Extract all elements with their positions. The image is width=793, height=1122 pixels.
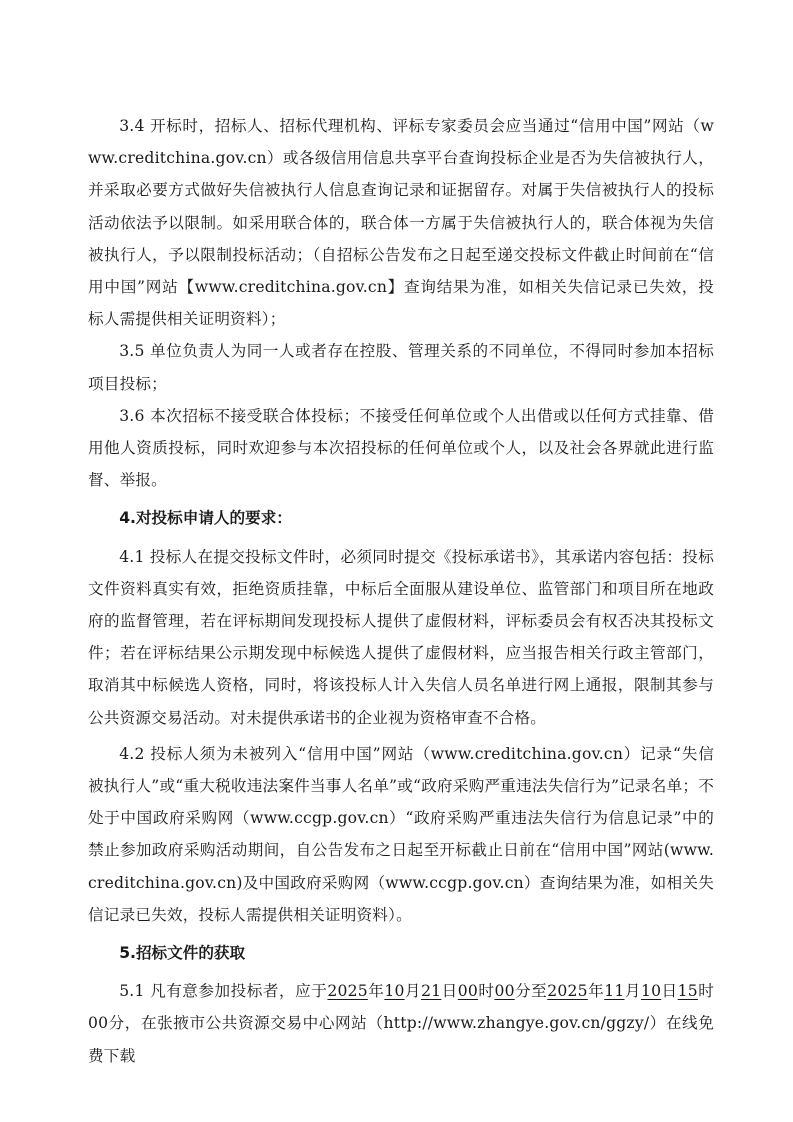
start-year: 2025 [327,982,368,1000]
end-year: 2025 [547,982,588,1000]
end-day: 10 [641,982,661,1000]
month-label-2: 月 [625,982,641,1000]
day-label: 日 [441,982,457,1000]
start-month: 10 [384,982,404,1000]
paragraph-3-5: 3.5 单位负责人为同一人或者存在控股、管理关系的不同单位，不得同时参加本招标项… [88,335,714,399]
p5-1-remainder: 00分，在张掖市公共资源交易中心网站（http://www.zhangye.go… [88,1014,714,1064]
end-month: 11 [604,982,624,1000]
day-label-2: 日 [661,982,677,1000]
start-minute: 00 [494,982,514,1000]
year-label: 年 [368,982,384,1000]
start-day: 21 [421,982,441,1000]
paragraph-4-2: 4.2 投标人须为未被列入“信用中国”网站（www.creditchina.go… [88,738,714,931]
hour-label: 时 [478,982,494,1000]
section-heading-4: 4.对投标申请人的要求： [88,502,714,534]
paragraph-4-1: 4.1 投标人在提交投标文件时，必须同时提交《投标承诺书》，其承诺内容包括：投标… [88,541,714,734]
document-page: 3.4 开标时，招标人、招标代理机构、评标专家委员会应当通过“信用中国”网站（w… [88,110,714,1072]
section-heading-5: 5.招标文件的获取 [88,937,714,969]
month-label: 月 [405,982,421,1000]
paragraph-5-1: 5.1 凡有意参加投标者，应于2025年10月21日00时00分至2025年11… [88,975,714,1072]
start-hour: 00 [458,982,478,1000]
paragraph-3-6: 3.6 本次招标不接受联合体投标；不接受任何单位或个人出借或以任何方式挂靠、借用… [88,400,714,497]
minute-to-label: 分至 [515,982,548,1000]
end-hour: 15 [678,982,698,1000]
paragraph-3-4: 3.4 开标时，招标人、招标代理机构、评标专家委员会应当通过“信用中国”网站（w… [88,110,714,335]
year-label-2: 年 [588,982,604,1000]
p5-1-prefix: 5.1 凡有意参加投标者，应于 [119,982,327,1000]
hour-label-2: 时 [698,982,714,1000]
